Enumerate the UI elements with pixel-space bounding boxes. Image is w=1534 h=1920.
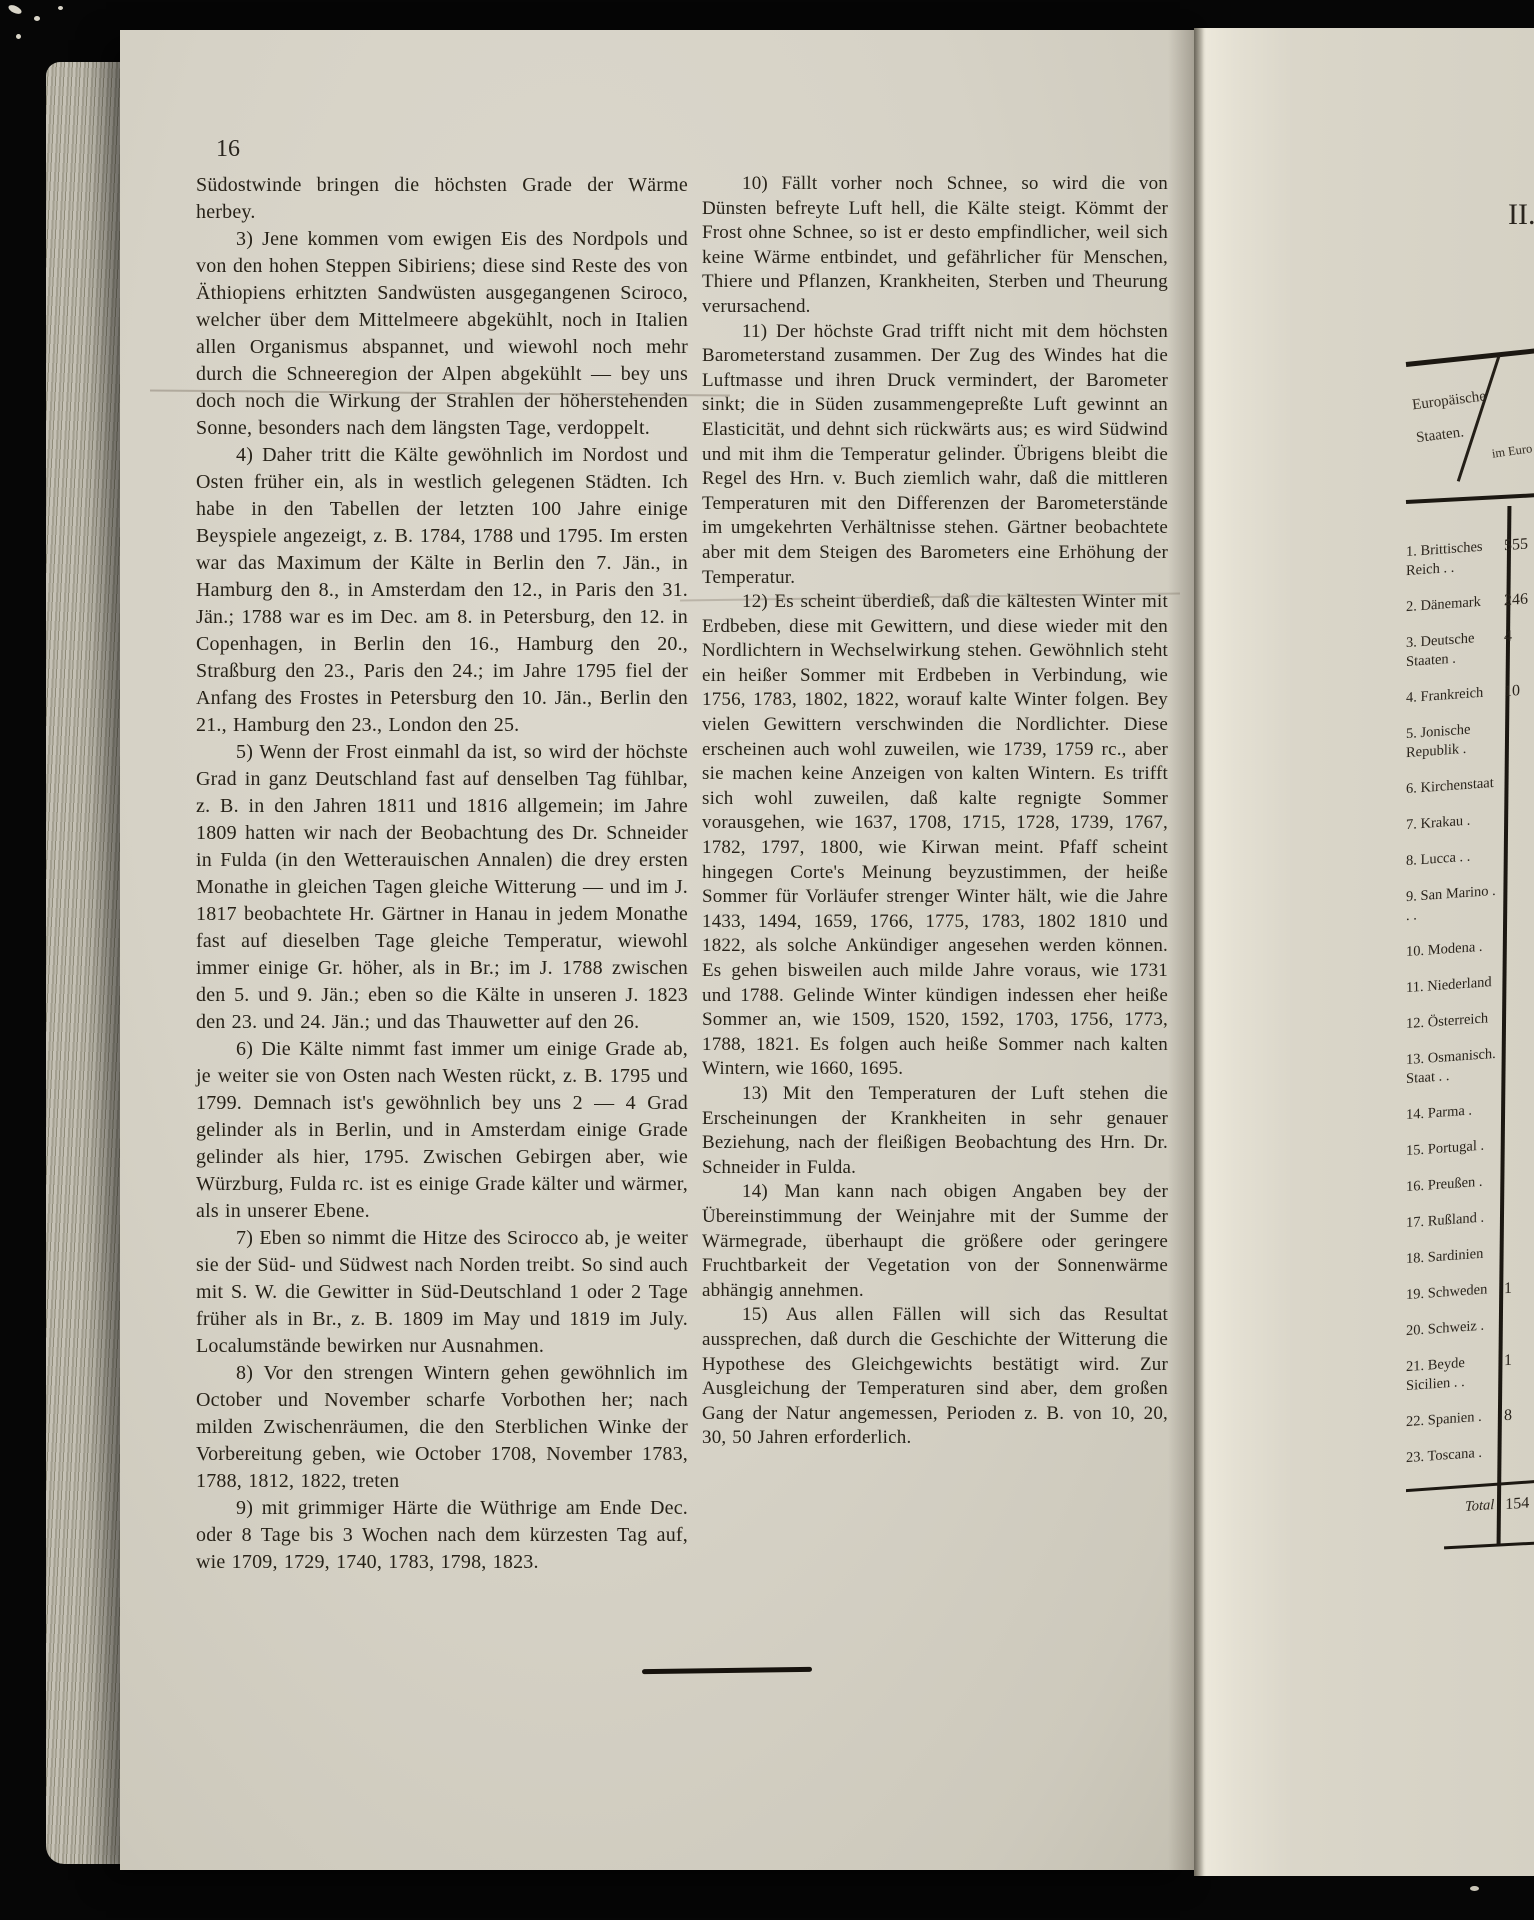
row-value: 4 bbox=[1498, 625, 1534, 647]
dust-speck bbox=[1470, 1886, 1479, 1891]
row-value: 1 bbox=[1498, 1349, 1534, 1371]
paragraph: 11) Der höchste Grad trifft nicht mit de… bbox=[702, 320, 1168, 591]
section-divider-rule bbox=[642, 1667, 812, 1674]
row-value bbox=[1498, 843, 1534, 846]
dust-speck bbox=[58, 6, 63, 10]
table-row: 11. Niederland bbox=[1406, 970, 1534, 998]
row-label: Total bbox=[1406, 1496, 1499, 1522]
row-label: 20. Schweiz . bbox=[1406, 1316, 1498, 1341]
row-label: 19. Schweden bbox=[1406, 1280, 1498, 1305]
table-row: 19. Schweden1 bbox=[1406, 1277, 1534, 1305]
next-page-edge: II. Europäische Staaten. im Euro 1. Brit… bbox=[1194, 28, 1534, 1876]
row-value bbox=[1498, 1006, 1534, 1009]
table-row: 12. Österreich bbox=[1406, 1006, 1534, 1034]
row-label: 5. Jonische Republik . bbox=[1406, 719, 1498, 763]
table-total-row: Total154 bbox=[1406, 1480, 1534, 1521]
row-label: 22. Spanien . bbox=[1406, 1407, 1498, 1432]
row-label: 3. Deutsche Staaten . bbox=[1406, 628, 1498, 672]
row-label: 14. Parma . bbox=[1406, 1100, 1498, 1125]
row-value bbox=[1498, 1241, 1534, 1244]
row-label: 23. Toscana . bbox=[1406, 1443, 1498, 1468]
paragraph: 9) mit grimmiger Härte die Wüthrige am E… bbox=[196, 1495, 688, 1576]
table-top-border bbox=[1406, 348, 1534, 367]
row-value bbox=[1498, 970, 1534, 973]
paragraph: 13) Mit den Temperaturen der Luft stehen… bbox=[702, 1082, 1168, 1180]
row-value bbox=[1498, 1133, 1534, 1136]
row-label: 7. Krakau . bbox=[1406, 810, 1498, 835]
paragraph: 3) Jene kommen vom ewigen Eis des Nordpo… bbox=[196, 226, 688, 442]
row-value bbox=[1498, 879, 1534, 882]
page-number: 16 bbox=[216, 136, 240, 163]
table-row: 2. Dänemark246 bbox=[1406, 589, 1534, 617]
row-value: 154 bbox=[1499, 1493, 1534, 1515]
row-value bbox=[1498, 716, 1534, 719]
paragraph: 6) Die Kälte nimmt fast immer um einige … bbox=[196, 1036, 688, 1225]
table-row: 23. Toscana . bbox=[1406, 1440, 1534, 1468]
paragraph: 14) Man kann nach obigen Angaben bey der… bbox=[702, 1180, 1168, 1303]
paragraph: 15) Aus allen Fällen will sich das Resul… bbox=[702, 1303, 1168, 1451]
dust-speck bbox=[34, 16, 40, 21]
table-header-border bbox=[1406, 493, 1534, 504]
row-label: 4. Frankreich bbox=[1406, 683, 1498, 708]
table-row: 14. Parma . bbox=[1406, 1097, 1534, 1125]
row-value bbox=[1498, 1042, 1534, 1045]
table-row: 13. Osmanisch. Staat . . bbox=[1406, 1042, 1534, 1089]
row-value bbox=[1498, 807, 1534, 810]
paragraph: 10) Fällt vorher noch Schnee, so wird di… bbox=[702, 172, 1168, 320]
row-label: 13. Osmanisch. Staat . . bbox=[1406, 1045, 1498, 1089]
paragraph: 5) Wenn der Frost einmahl da ist, so wir… bbox=[196, 739, 688, 1036]
paragraph: 7) Eben so nimmt die Hitze des Scirocco … bbox=[196, 1225, 688, 1360]
table-bottom-border bbox=[1444, 1542, 1534, 1550]
row-value bbox=[1498, 1169, 1534, 1172]
row-value: 8 bbox=[1498, 1404, 1534, 1426]
right-column: 10) Fällt vorher noch Schnee, so wird di… bbox=[702, 172, 1168, 1451]
row-label: 10. Modena . bbox=[1406, 937, 1498, 962]
paragraph: 12) Es scheint überdieß, daß die kältest… bbox=[702, 590, 1168, 1082]
paragraph: 8) Vor den strengen Wintern gehen gewöhn… bbox=[196, 1360, 688, 1495]
row-label: 6. Kirchenstaat bbox=[1406, 774, 1498, 799]
row-value: 555 bbox=[1498, 534, 1534, 556]
row-value bbox=[1498, 934, 1534, 937]
row-label: 11. Niederland bbox=[1406, 973, 1498, 998]
table-row: 7. Krakau . bbox=[1406, 807, 1534, 835]
table-row: 20. Schweiz . bbox=[1406, 1313, 1534, 1341]
row-label: 8. Lucca . . bbox=[1406, 846, 1498, 871]
table-row: 17. Rußland . bbox=[1406, 1205, 1534, 1233]
book-photo: 16 Südostwinde bringen die höchsten Grad… bbox=[0, 0, 1534, 1920]
table-row: 4. Frankreich10 bbox=[1406, 680, 1534, 708]
table-row: 8. Lucca . . bbox=[1406, 843, 1534, 871]
row-value bbox=[1498, 1097, 1534, 1100]
book-page-16: 16 Südostwinde bringen die höchsten Grad… bbox=[120, 30, 1194, 1870]
row-value bbox=[1498, 1205, 1534, 1208]
table-row: 15. Portugal . bbox=[1406, 1133, 1534, 1161]
row-value bbox=[1498, 1440, 1534, 1443]
table-row: 1. Brittisches Reich . .555 bbox=[1406, 534, 1534, 581]
table-row: 10. Modena . bbox=[1406, 934, 1534, 962]
paragraph: Südostwinde bringen die höchsten Grade d… bbox=[196, 172, 688, 226]
row-value bbox=[1498, 771, 1534, 774]
row-label: 12. Österreich bbox=[1406, 1009, 1498, 1034]
table-row: 18. Sardinien bbox=[1406, 1241, 1534, 1269]
row-label: 18. Sardinien bbox=[1406, 1244, 1498, 1269]
paragraph: 4) Daher tritt die Kälte gewöhnlich im N… bbox=[196, 442, 688, 739]
row-label: 17. Rußland . bbox=[1406, 1208, 1498, 1233]
row-value: 246 bbox=[1498, 589, 1534, 611]
row-label: 9. San Marino . . . bbox=[1406, 882, 1498, 926]
row-value: 1 bbox=[1498, 1277, 1534, 1299]
row-label: 21. Beyde Sicilien . . bbox=[1406, 1352, 1498, 1396]
dust-speck bbox=[7, 3, 23, 15]
table-row: 5. Jonische Republik . bbox=[1406, 716, 1534, 763]
table-rows: 1. Brittisches Reich . .555 2. Dänemark2… bbox=[1406, 534, 1534, 1521]
left-column: Südostwinde bringen die höchsten Grade d… bbox=[196, 172, 688, 1576]
book-page-edges bbox=[46, 62, 122, 1864]
table-row: 9. San Marino . . . bbox=[1406, 879, 1534, 926]
row-label: 16. Preußen . bbox=[1406, 1172, 1498, 1197]
table-row: 21. Beyde Sicilien . .1 bbox=[1406, 1349, 1534, 1396]
row-label: 2. Dänemark bbox=[1406, 592, 1498, 617]
table-row: 16. Preußen . bbox=[1406, 1169, 1534, 1197]
next-page-table: Europäische Staaten. im Euro 1. Brittisc… bbox=[1194, 28, 1534, 1876]
dust-speck bbox=[16, 34, 21, 39]
row-value bbox=[1498, 1313, 1534, 1316]
row-value: 10 bbox=[1498, 680, 1534, 702]
row-label: 1. Brittisches Reich . . bbox=[1406, 537, 1498, 581]
table-corner-label: Europäische Staaten. bbox=[1410, 379, 1503, 455]
table-row: 22. Spanien .8 bbox=[1406, 1404, 1534, 1432]
table-row: 6. Kirchenstaat bbox=[1406, 771, 1534, 799]
row-label: 15. Portugal . bbox=[1406, 1136, 1498, 1161]
table-row: 3. Deutsche Staaten .4 bbox=[1406, 625, 1534, 672]
